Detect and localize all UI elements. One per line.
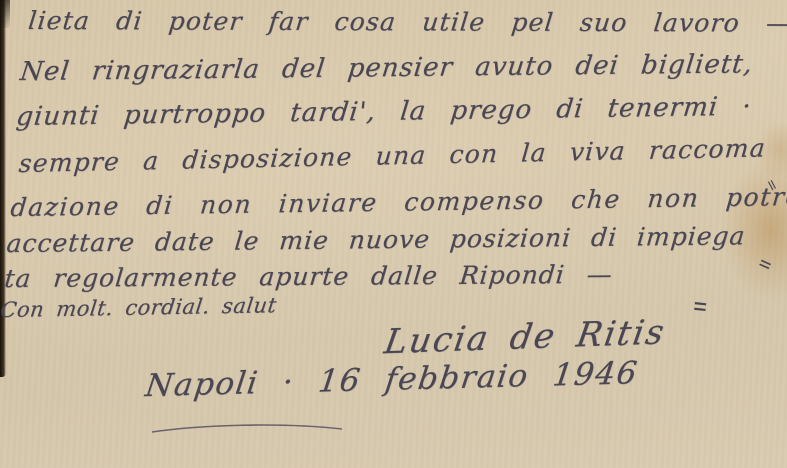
margin-hyphen-mark-3: =: [691, 288, 710, 324]
handwritten-line-2: Nel ringraziarla del pensier avuto dei b…: [19, 49, 755, 87]
handwritten-line-7: ta regolarmente apurte dalle Ripondi —: [3, 260, 614, 293]
handwritten-line-1: lieta di poter far cosa utile pel suo la…: [27, 6, 787, 38]
handwritten-line-5: dazione di non inviare compenso che non …: [9, 182, 787, 222]
handwritten-line-3: giunti purtroppo tardi', la prego di ten…: [15, 92, 753, 132]
closing-salutation-line: Con molt. cordial. salut: [0, 293, 278, 322]
handwritten-letter-scan: lieta di poter far cosa utile pel suo la…: [0, 0, 787, 468]
handwritten-line-6: accettare date le mie nuove posizioni di…: [5, 221, 747, 258]
napoli-underline-flourish: [150, 420, 345, 436]
handwritten-line-4: sempre a disposizione una con la viva ra…: [18, 133, 768, 178]
dateline: Napoli · 16 febbraio 1946: [143, 355, 640, 404]
